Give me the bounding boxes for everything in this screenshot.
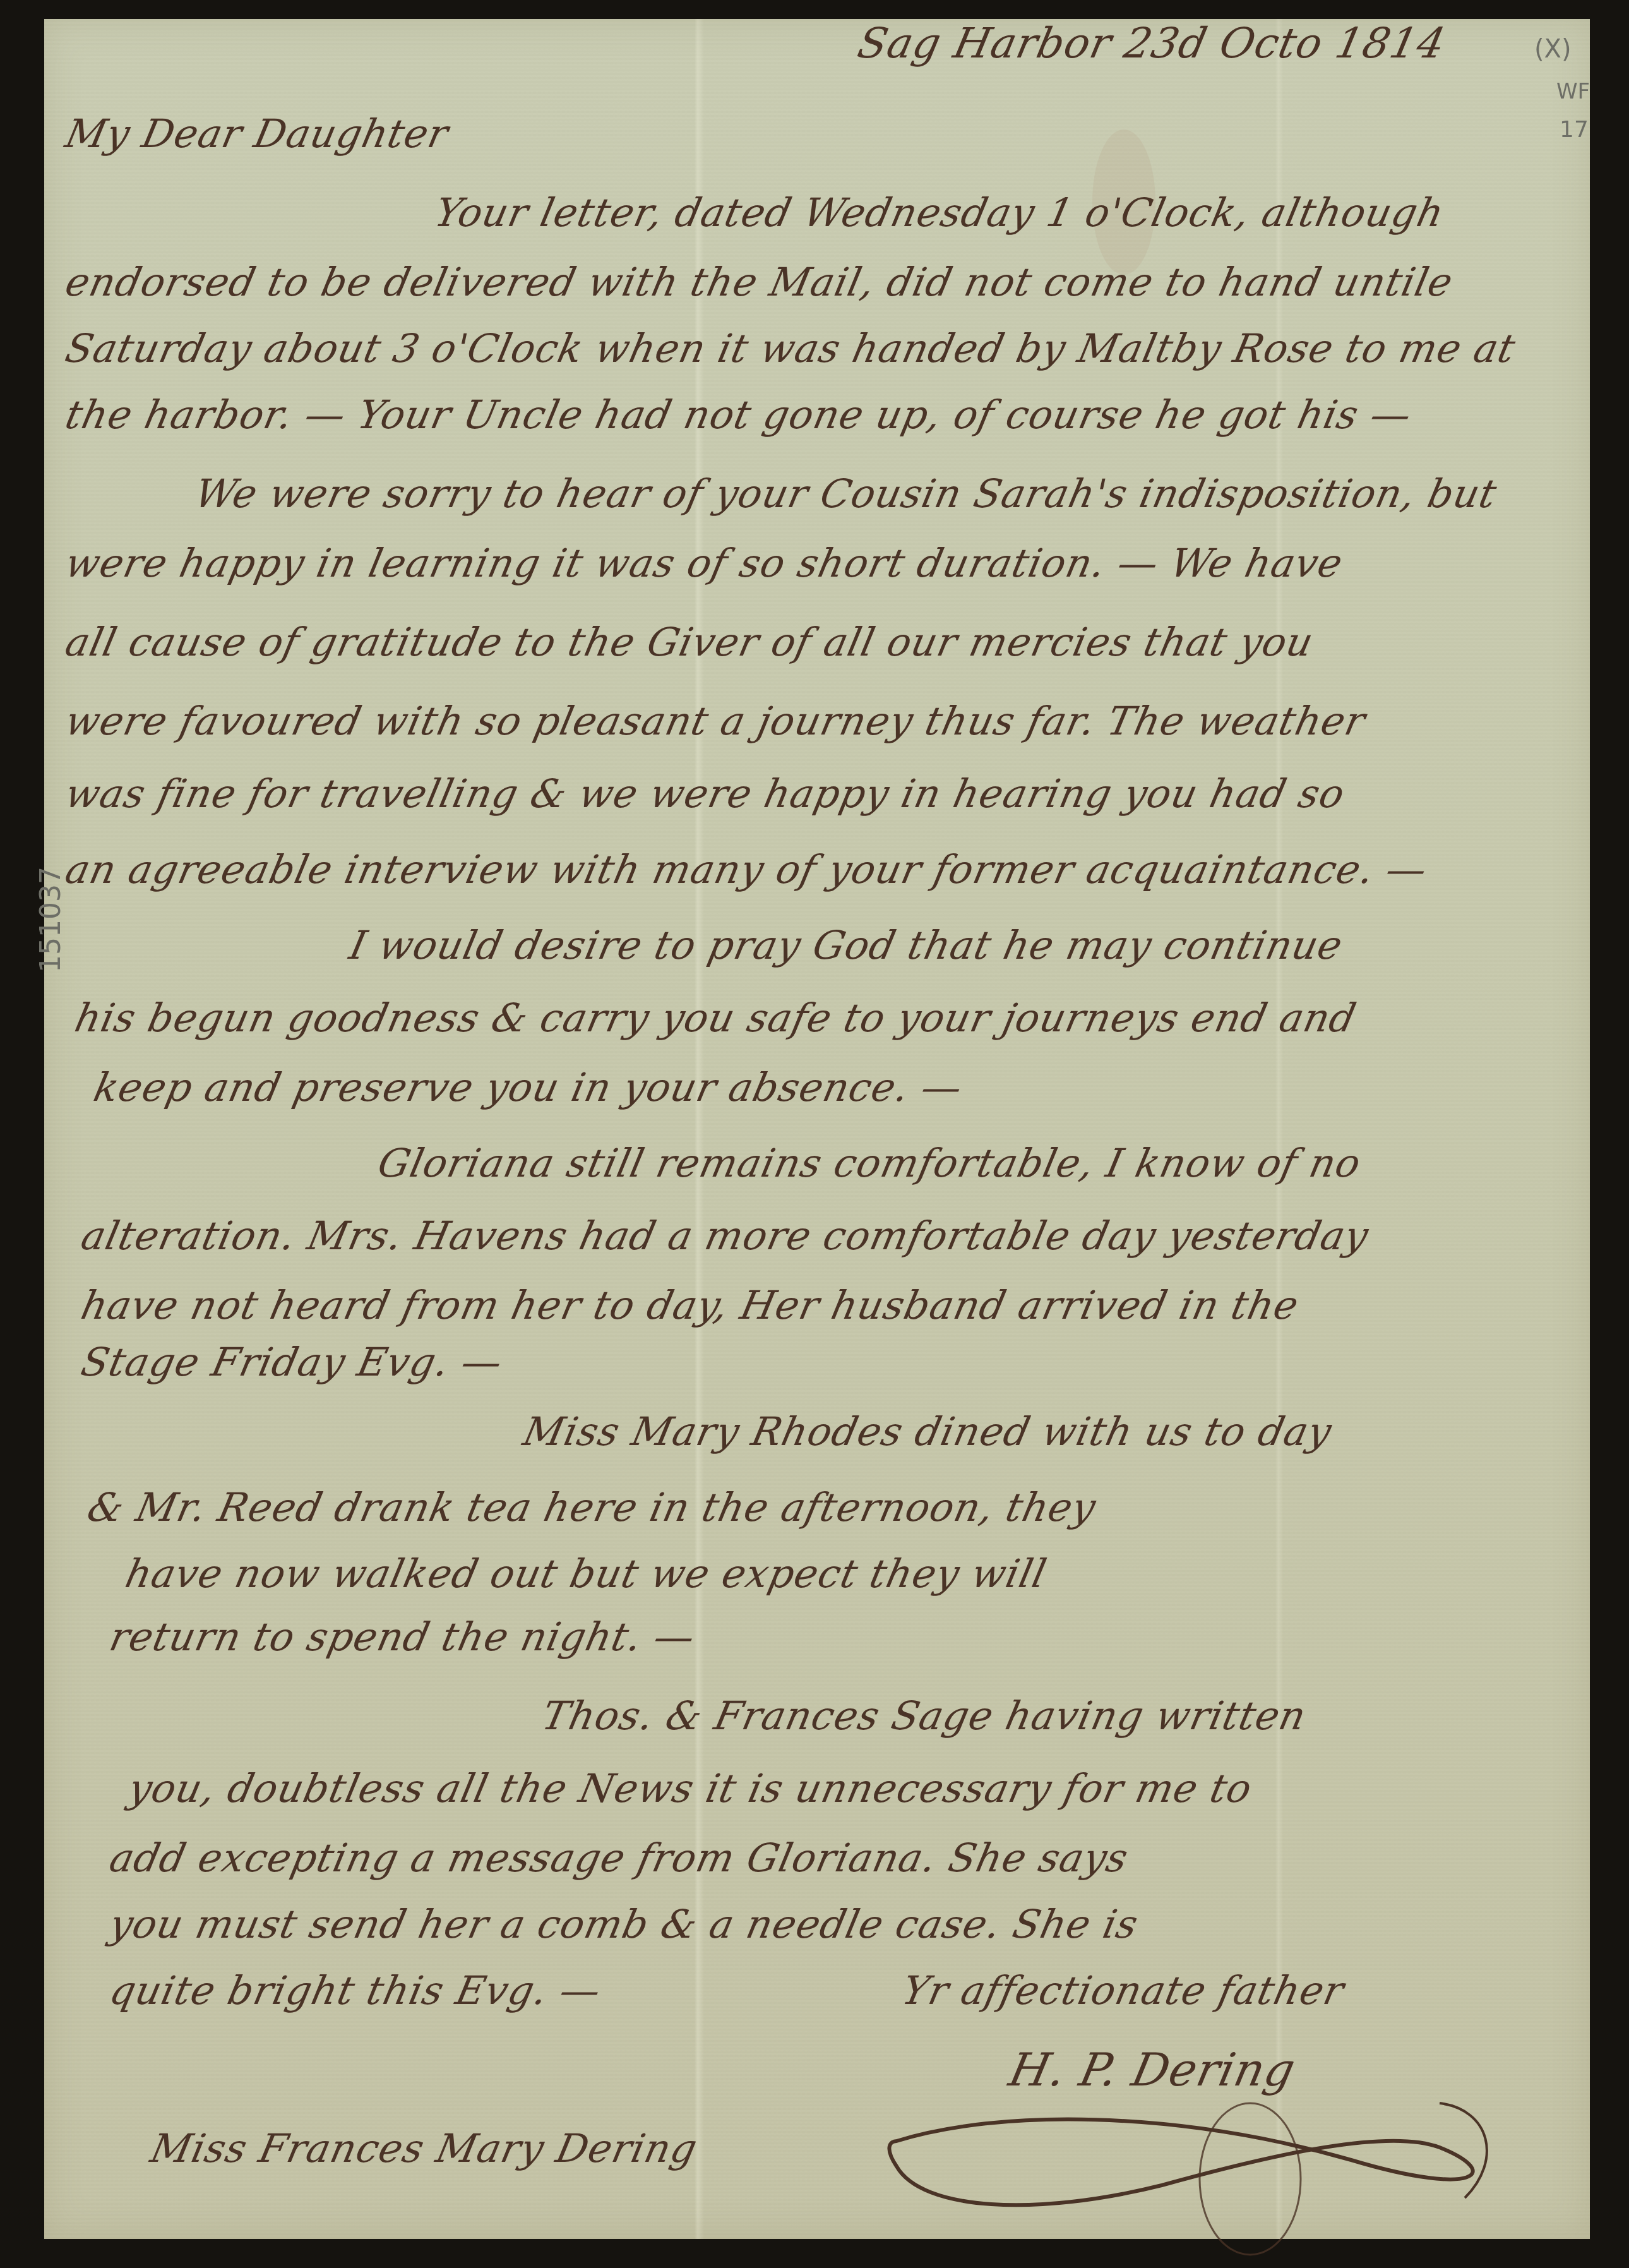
body-line: I would desire to pray God that he may c… <box>345 922 1347 968</box>
archival-catalog-number: 151037 <box>35 867 67 973</box>
body-line: an agreeable interview with many of your… <box>61 846 1431 892</box>
archival-mark-17: 17 <box>1560 117 1589 143</box>
signature-flourish <box>871 2084 1566 2261</box>
body-line: was fine for travelling & we were happy … <box>61 771 1349 817</box>
body-line: endorsed to be delivered with the Mail, … <box>61 259 1457 305</box>
body-line: quite bright this Evg. — <box>105 1967 605 2013</box>
body-line: Thos. & Frances Sage having written <box>538 1693 1310 1739</box>
body-line: Saturday about 3 o'Clock when it was han… <box>61 325 1520 371</box>
body-line: add excepting a message from Gloriana. S… <box>105 1835 1133 1881</box>
body-line: were happy in learning it was of so shor… <box>61 540 1347 586</box>
dateline: Sag Harbor 23d Octo 1814 <box>854 19 1450 68</box>
body-line: the harbor. — Your Uncle had not gone up… <box>61 392 1416 438</box>
body-line: were favoured with so pleasant a journey… <box>61 698 1369 744</box>
salutation: My Dear Daughter <box>61 111 453 157</box>
body-line: you, doubtless all the News it is unnece… <box>124 1765 1256 1811</box>
body-line: keep and preserve you in your absence. — <box>90 1064 967 1110</box>
body-line: have not heard from her to day, Her husb… <box>77 1282 1303 1328</box>
body-line: Stage Friday Evg. — <box>77 1339 506 1385</box>
body-line: Gloriana still remains comfortable, I kn… <box>374 1140 1365 1186</box>
body-line: his begun goodness & carry you safe to y… <box>71 995 1361 1041</box>
body-line: & Mr. Reed drank tea here in the afterno… <box>83 1484 1100 1530</box>
body-line: all cause of gratitude to the Giver of a… <box>61 619 1318 665</box>
addressee: Miss Frances Mary Dering <box>146 2125 701 2171</box>
closing: Yr affectionate father <box>898 1967 1348 2013</box>
body-line: have now walked out but we expect they w… <box>121 1551 1051 1597</box>
body-line: you must send her a comb & a needle case… <box>105 1901 1142 1947</box>
archival-mark-x: (X) <box>1534 35 1572 64</box>
body-line: We were sorry to hear of your Cousin Sar… <box>191 471 1501 517</box>
archival-mark-wf: WF <box>1556 79 1590 104</box>
body-line: Miss Mary Rhodes dined with us to day <box>519 1408 1336 1455</box>
body-line: alteration. Mrs. Havens had a more comfo… <box>77 1213 1373 1259</box>
body-line: return to spend the night. — <box>105 1614 699 1660</box>
body-line: Your letter, dated Wednesday 1 o'Clock, … <box>431 189 1448 236</box>
